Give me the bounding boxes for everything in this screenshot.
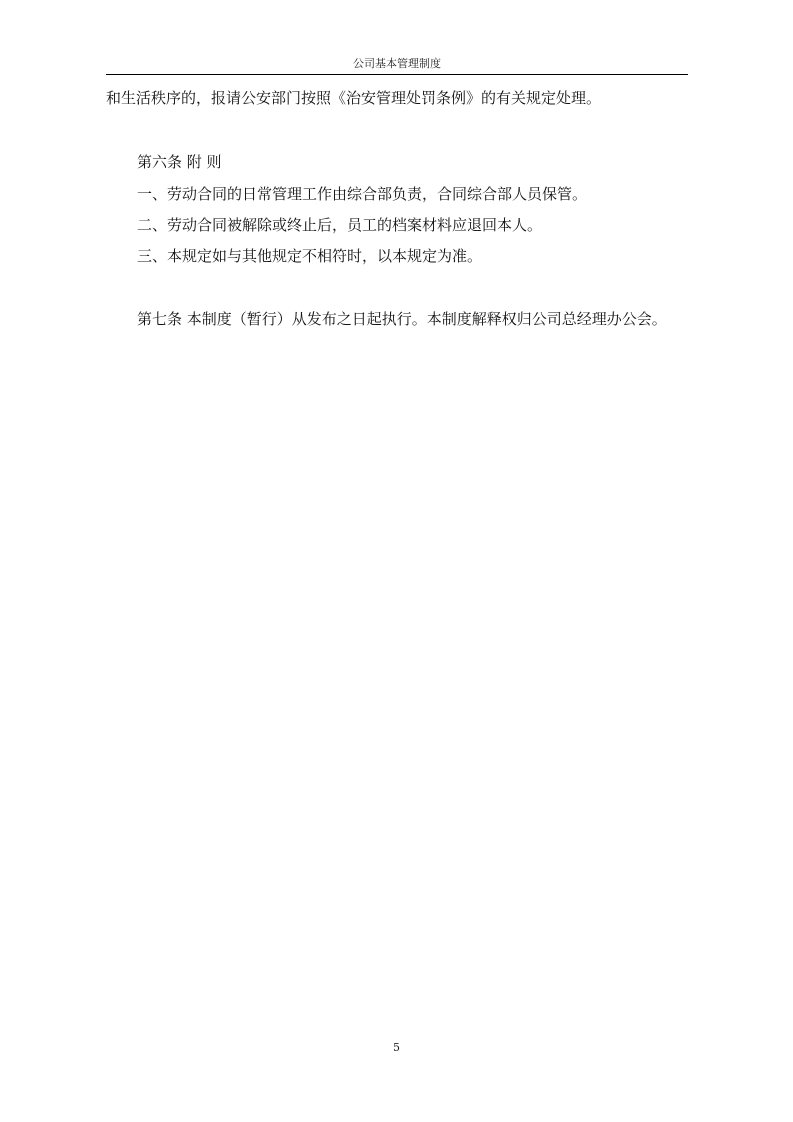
- article-6-item-1: 一、劳动合同的日常管理工作由综合部负责，合同综合部人员保管。: [137, 184, 587, 204]
- header-title: 公司基本管理制度: [353, 57, 441, 70]
- article-6-item-2: 二、劳动合同被解除或终止后，员工的档案材料应退回本人。: [137, 215, 542, 235]
- article-6-item-3: 三、本规定如与其他规定不相符时，以本规定为准。: [137, 246, 482, 266]
- page-number: 5: [0, 1041, 793, 1055]
- paragraph-continuation: 和生活秩序的，报请公安部门按照《治安管理处罚条例》的有关规定处理。: [106, 88, 601, 108]
- article-7-text: 第七条 本制度（暂行）从发布之日起执行。本制度解释权归公司总经理办公会。: [137, 309, 667, 329]
- document-page: 公司基本管理制度 和生活秩序的，报请公安部门按照《治安管理处罚条例》的有关规定处…: [0, 0, 793, 1122]
- page-header: 公司基本管理制度: [106, 52, 688, 75]
- article-6-heading: 第六条 附 则: [137, 152, 222, 172]
